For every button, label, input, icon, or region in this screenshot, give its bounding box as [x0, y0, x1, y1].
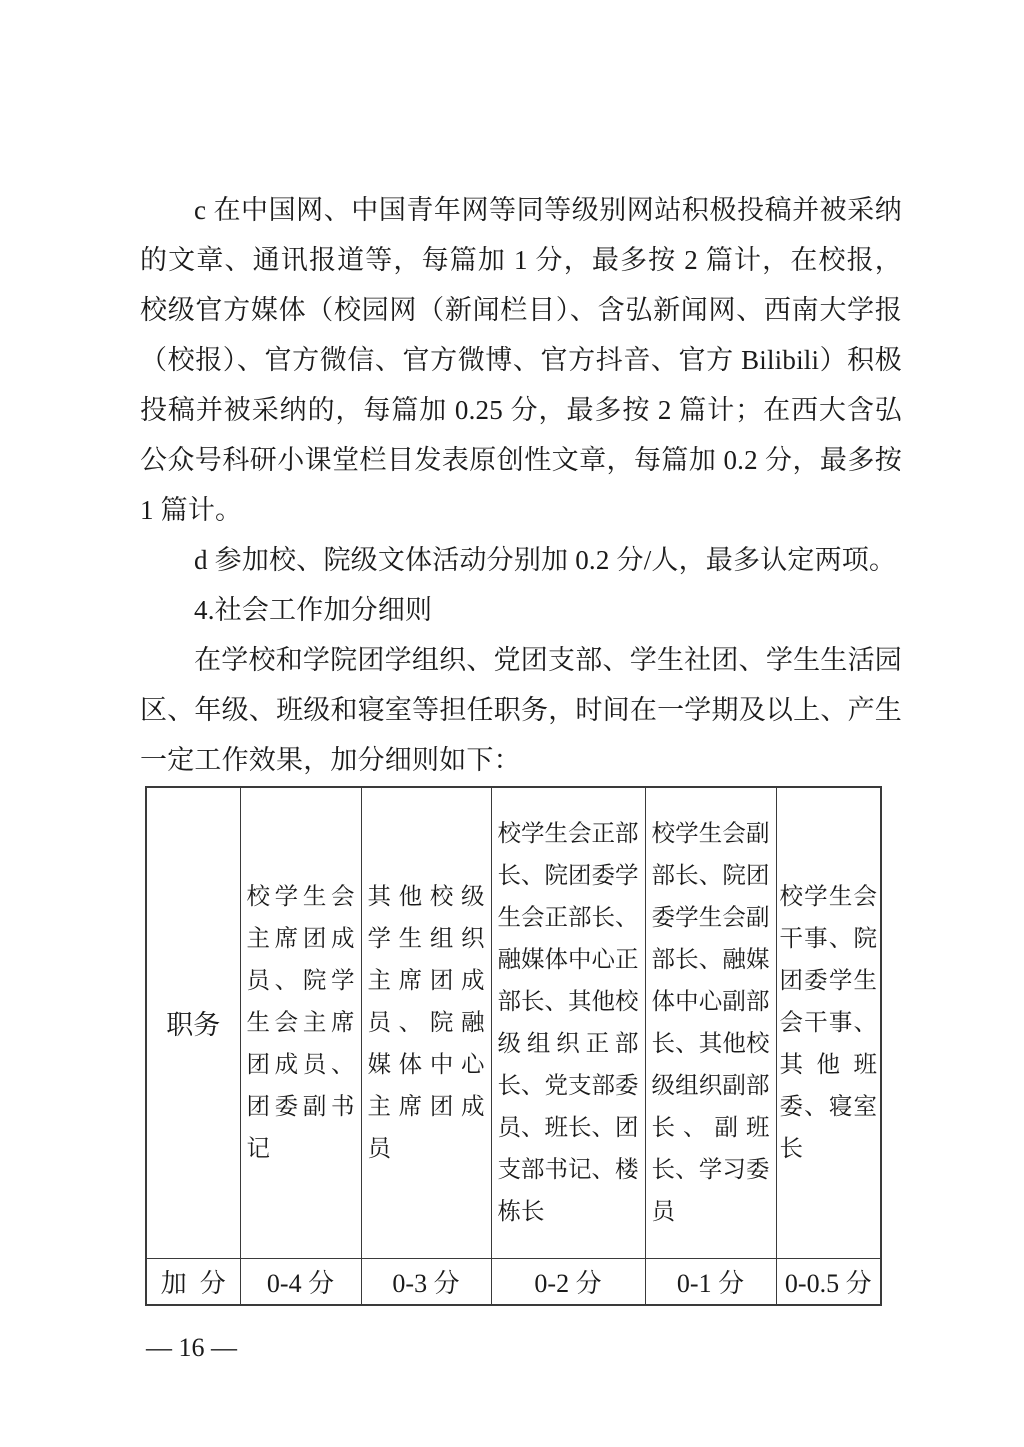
document-content: c 在中国网、中国青年网等同等级别网站积极投稿并被采纳的文章、通讯报道等，每篇加… — [140, 185, 902, 1363]
score-cell-3: 0-2 分 — [491, 1258, 645, 1305]
paragraph-social-work-intro: 在学校和学院团学组织、党团支部、学生社团、学生生活园区、年级、班级和寝室等担任职… — [140, 635, 902, 785]
score-cell-5: 0-0.5 分 — [776, 1258, 881, 1305]
score-cell-1: 0-4 分 — [240, 1258, 361, 1305]
score-row-header: 加 分 — [146, 1258, 240, 1305]
document-page: c 在中国网、中国青年网等同等级别网站积极投稿并被采纳的文章、通讯报道等，每篇加… — [0, 0, 1024, 1447]
social-work-score-table: 职务 校学生会主席团成员、院学生会主席团成员、团委副书记 其他校级学生组织主席团… — [145, 786, 882, 1306]
paragraph-item-d: d 参加校、院级文体活动分别加 0.2 分/人，最多认定两项。 — [140, 535, 902, 585]
position-cell-5: 校学生会干事、院团委学生会干事、其他班委、寝室长 — [776, 787, 881, 1258]
score-cell-4: 0-1 分 — [645, 1258, 776, 1305]
position-cell-4: 校学生会副部长、院团委学生会副部长、融媒体中心副部长、其他校级组织副部长、副班长… — [645, 787, 776, 1258]
section-heading-social-work: 4.社会工作加分细则 — [140, 585, 902, 635]
table-row-scores: 加 分 0-4 分 0-3 分 0-2 分 0-1 分 0-0.5 分 — [146, 1258, 881, 1305]
position-cell-1: 校学生会主席团成员、院学生会主席团成员、团委副书记 — [240, 787, 361, 1258]
paragraph-item-c: c 在中国网、中国青年网等同等级别网站积极投稿并被采纳的文章、通讯报道等，每篇加… — [140, 185, 902, 535]
score-cell-2: 0-3 分 — [361, 1258, 491, 1305]
table-row-positions: 职务 校学生会主席团成员、院学生会主席团成员、团委副书记 其他校级学生组织主席团… — [146, 787, 881, 1258]
position-cell-2: 其他校级学生组织主席团成员、院融媒体中心主席团成员 — [361, 787, 491, 1258]
page-number: — 16 — — [146, 1333, 902, 1363]
position-row-header: 职务 — [146, 787, 240, 1258]
position-cell-3: 校学生会正部长、院团委学生会正部长、融媒体中心正部长、其他校级组织正部长、党支部… — [491, 787, 645, 1258]
